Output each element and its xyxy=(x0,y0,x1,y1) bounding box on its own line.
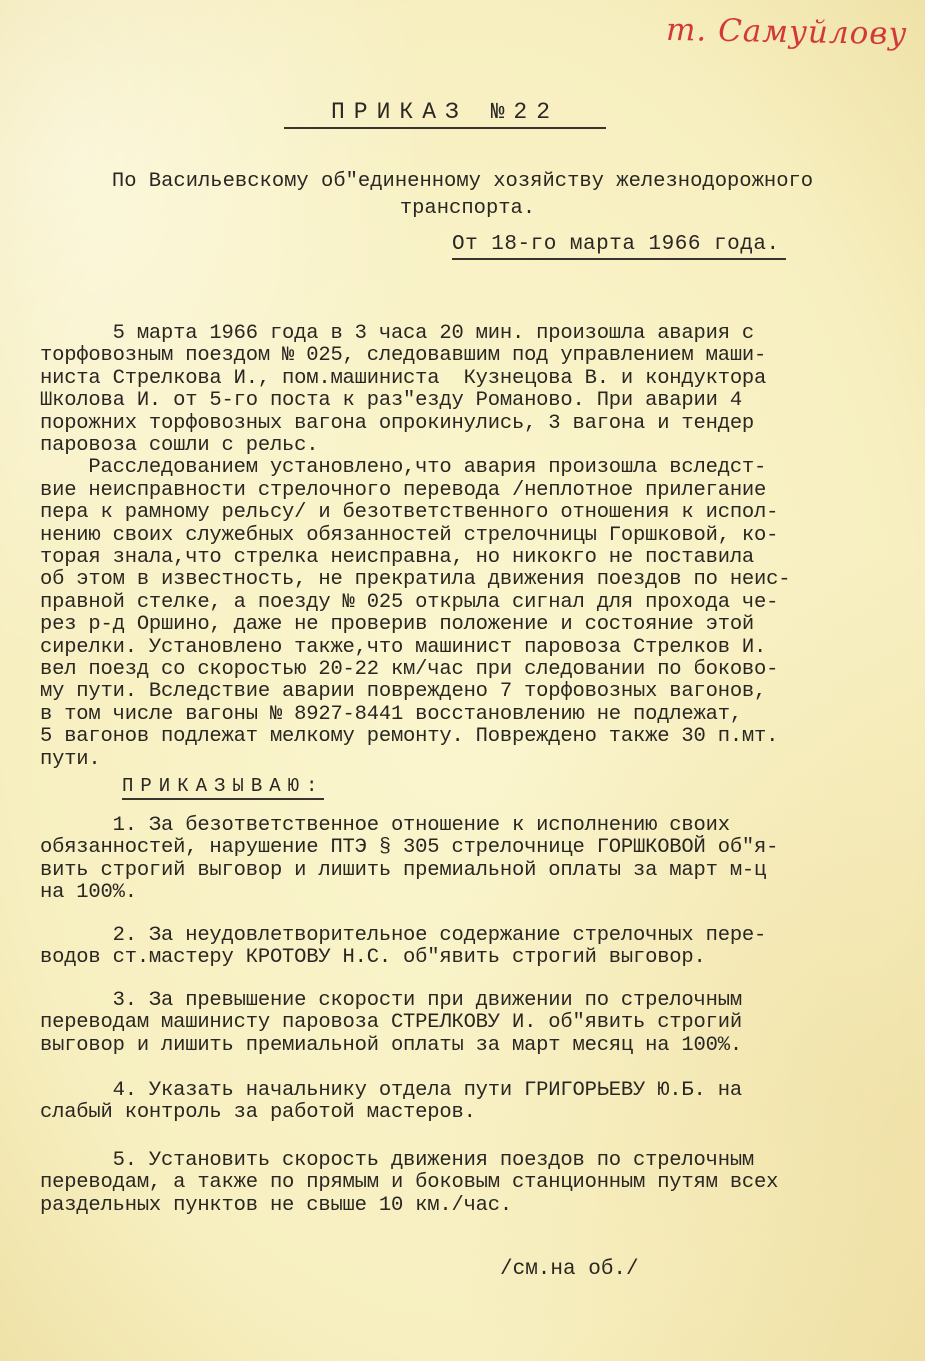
order-item-line: 5. Установить скорость движения поездов … xyxy=(40,1150,754,1172)
body-text-line: торфовозным поездом № 025, следовавшим п… xyxy=(40,345,766,367)
document-title: ПРИКАЗ №22 xyxy=(284,98,606,129)
order-item-line: 3. За превышение скорости при движении п… xyxy=(40,990,742,1012)
order-item-line: обязанностей, нарушение ПТЭ § 305 стрело… xyxy=(40,837,778,859)
order-item-line: на 100%. xyxy=(40,882,137,904)
body-text-line: вел поезд со скоростью 20-22 км/час при … xyxy=(40,659,778,681)
order-item-line: вить строгий выговор и лишить премиально… xyxy=(40,860,766,882)
handwritten-annotation: т. Самуйлову xyxy=(666,12,908,52)
body-text-line: 5 марта 1966 года в 3 часа 20 мин. произ… xyxy=(40,323,754,345)
orders-heading: ПРИКАЗЫВАЮ: xyxy=(122,774,324,800)
order-item-line: 4. Указать начальнику отдела пути ГРИГОР… xyxy=(40,1080,742,1102)
body-text-line: пера к рамному рельсу/ и безответственно… xyxy=(40,502,778,524)
body-text-line: нению своих служебных обязанностей стрел… xyxy=(40,525,778,547)
body-text-line: вие неисправности стрелочного перевода /… xyxy=(40,480,766,502)
body-text-line: правной стелке, а поезду № 025 открыла с… xyxy=(40,592,778,614)
body-text-line: пути. xyxy=(40,749,101,771)
order-item-line: раздельных пунктов не свыше 10 км./час. xyxy=(40,1195,512,1217)
document-page: т. Самуйлову ПРИКАЗ №22 По Васильевскому… xyxy=(0,0,925,1361)
order-item-line: слабый контроль за работой мастеров. xyxy=(40,1102,476,1124)
body-text-line: рез р-д Оршино, даже не проверив положен… xyxy=(40,614,754,636)
order-item-line: переводам машинисту паровоза СТРЕЛКОВУ И… xyxy=(40,1012,742,1034)
organization-line-2: транспорта. xyxy=(5,196,925,222)
body-text-line: сирелки. Установлено также,что машинист … xyxy=(40,637,766,659)
document-date: От 18-го марта 1966 года. xyxy=(452,232,786,260)
body-text-line: ниста Стрелкова И., пом.машиниста Кузнец… xyxy=(40,368,766,390)
body-text-line: му пути. Вследствие аварии повреждено 7 … xyxy=(40,681,766,703)
body-text-line: Школова И. от 5-го поста к раз"езду Рома… xyxy=(40,390,742,412)
order-item-line: водов ст.мастеру КРОТОВУ Н.С. об"явить с… xyxy=(40,947,706,969)
order-item-line: 2. За неудовлетворительное содержание ст… xyxy=(40,925,766,947)
order-item-line: переводам, а также по прямым и боковым с… xyxy=(40,1172,778,1194)
body-text-line: об этом в известность, не прекратила дви… xyxy=(40,569,790,591)
organization-line-1: По Васильевскому об"единенному хозяйству… xyxy=(0,169,925,195)
body-text-line: паровоза сошли с рельс. xyxy=(40,435,318,457)
order-item-line: выговор и лишить премиальной оплаты за м… xyxy=(40,1035,742,1057)
order-item-line: 1. За безответственное отношение к испол… xyxy=(40,815,730,837)
body-text-line: 5 вагонов подлежат мелкому ремонту. Повр… xyxy=(40,726,778,748)
body-text-line: порожних торфовозных вагона опрокинулись… xyxy=(40,413,754,435)
continuation-note: /см.на об./ xyxy=(500,1258,639,1282)
body-text-line: Расследованием установлено,что авария пр… xyxy=(40,457,766,479)
body-text-line: в том числе вагоны № 8927-8441 восстанов… xyxy=(40,704,742,726)
body-text-line: торая знала,что стрелка неисправна, но н… xyxy=(40,547,754,569)
